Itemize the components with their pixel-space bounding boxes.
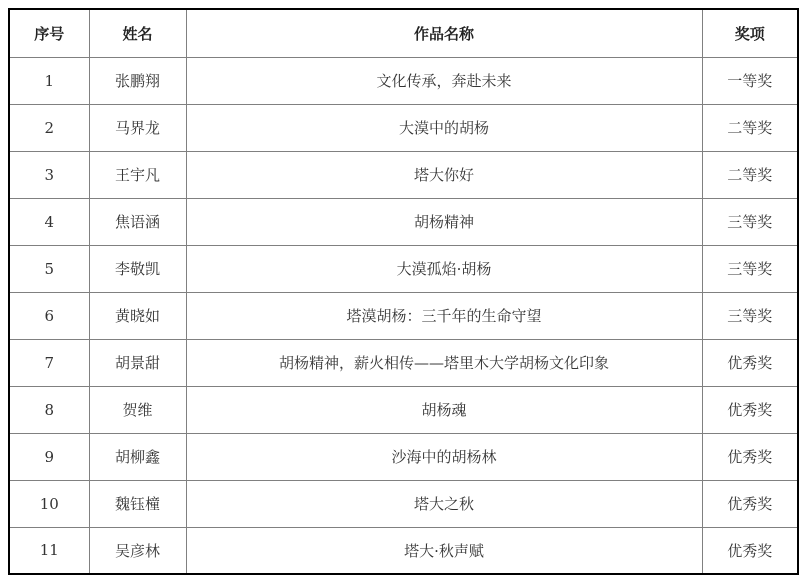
cell-work: 胡杨魂 — [186, 386, 702, 433]
cell-work: 塔大之秋 — [186, 480, 702, 527]
header-cell-award: 奖项 — [702, 9, 798, 57]
cell-award: 优秀奖 — [702, 433, 798, 480]
cell-work: 沙海中的胡杨林 — [186, 433, 702, 480]
table-row: 11 吴彦林 塔大·秋声赋 优秀奖 — [9, 527, 798, 574]
table-row: 5 李敬凯 大漠孤焰·胡杨 三等奖 — [9, 245, 798, 292]
table-row: 9 胡柳鑫 沙海中的胡杨林 优秀奖 — [9, 433, 798, 480]
cell-name: 魏钰橦 — [89, 480, 186, 527]
cell-index: 9 — [9, 433, 89, 480]
table-row: 8 贺维 胡杨魂 优秀奖 — [9, 386, 798, 433]
cell-work: 大漠孤焰·胡杨 — [186, 245, 702, 292]
table-row: 1 张鹏翔 文化传承，奔赴未来 一等奖 — [9, 57, 798, 104]
header-cell-work: 作品名称 — [186, 9, 702, 57]
cell-index: 4 — [9, 198, 89, 245]
cell-name: 李敬凯 — [89, 245, 186, 292]
table-row: 10 魏钰橦 塔大之秋 优秀奖 — [9, 480, 798, 527]
cell-award: 三等奖 — [702, 245, 798, 292]
cell-index: 8 — [9, 386, 89, 433]
cell-name: 胡景甜 — [89, 339, 186, 386]
cell-award: 二等奖 — [702, 151, 798, 198]
table-header: 序号 姓名 作品名称 奖项 — [9, 9, 798, 57]
cell-work: 塔大你好 — [186, 151, 702, 198]
cell-award: 一等奖 — [702, 57, 798, 104]
awards-table: 序号 姓名 作品名称 奖项 1 张鹏翔 文化传承，奔赴未来 一等奖 2 马界龙 … — [8, 8, 799, 575]
cell-index: 1 — [9, 57, 89, 104]
document-page: 序号 姓名 作品名称 奖项 1 张鹏翔 文化传承，奔赴未来 一等奖 2 马界龙 … — [0, 0, 805, 580]
cell-award: 优秀奖 — [702, 386, 798, 433]
cell-award: 优秀奖 — [702, 480, 798, 527]
cell-index: 10 — [9, 480, 89, 527]
cell-award: 优秀奖 — [702, 339, 798, 386]
cell-award: 二等奖 — [702, 104, 798, 151]
table-body: 1 张鹏翔 文化传承，奔赴未来 一等奖 2 马界龙 大漠中的胡杨 二等奖 3 王… — [9, 57, 798, 574]
cell-index: 5 — [9, 245, 89, 292]
table-row: 7 胡景甜 胡杨精神，薪火相传——塔里木大学胡杨文化印象 优秀奖 — [9, 339, 798, 386]
cell-index: 7 — [9, 339, 89, 386]
header-cell-name: 姓名 — [89, 9, 186, 57]
cell-award: 优秀奖 — [702, 527, 798, 574]
cell-work: 塔漠胡杨：三千年的生命守望 — [186, 292, 702, 339]
cell-index: 3 — [9, 151, 89, 198]
cell-index: 2 — [9, 104, 89, 151]
cell-name: 吴彦林 — [89, 527, 186, 574]
cell-name: 胡柳鑫 — [89, 433, 186, 480]
cell-name: 张鹏翔 — [89, 57, 186, 104]
awards-table-container: 序号 姓名 作品名称 奖项 1 张鹏翔 文化传承，奔赴未来 一等奖 2 马界龙 … — [8, 8, 797, 572]
cell-name: 贺维 — [89, 386, 186, 433]
cell-index: 6 — [9, 292, 89, 339]
cell-work: 大漠中的胡杨 — [186, 104, 702, 151]
table-row: 4 焦语涵 胡杨精神 三等奖 — [9, 198, 798, 245]
table-row: 3 王宇凡 塔大你好 二等奖 — [9, 151, 798, 198]
table-row: 2 马界龙 大漠中的胡杨 二等奖 — [9, 104, 798, 151]
table-row: 6 黄晓如 塔漠胡杨：三千年的生命守望 三等奖 — [9, 292, 798, 339]
cell-work: 胡杨精神 — [186, 198, 702, 245]
header-row: 序号 姓名 作品名称 奖项 — [9, 9, 798, 57]
cell-name: 王宇凡 — [89, 151, 186, 198]
cell-name: 马界龙 — [89, 104, 186, 151]
cell-work: 胡杨精神，薪火相传——塔里木大学胡杨文化印象 — [186, 339, 702, 386]
cell-work: 塔大·秋声赋 — [186, 527, 702, 574]
cell-name: 黄晓如 — [89, 292, 186, 339]
cell-work: 文化传承，奔赴未来 — [186, 57, 702, 104]
cell-name: 焦语涵 — [89, 198, 186, 245]
cell-index: 11 — [9, 527, 89, 574]
header-cell-index: 序号 — [9, 9, 89, 57]
cell-award: 三等奖 — [702, 198, 798, 245]
cell-award: 三等奖 — [702, 292, 798, 339]
